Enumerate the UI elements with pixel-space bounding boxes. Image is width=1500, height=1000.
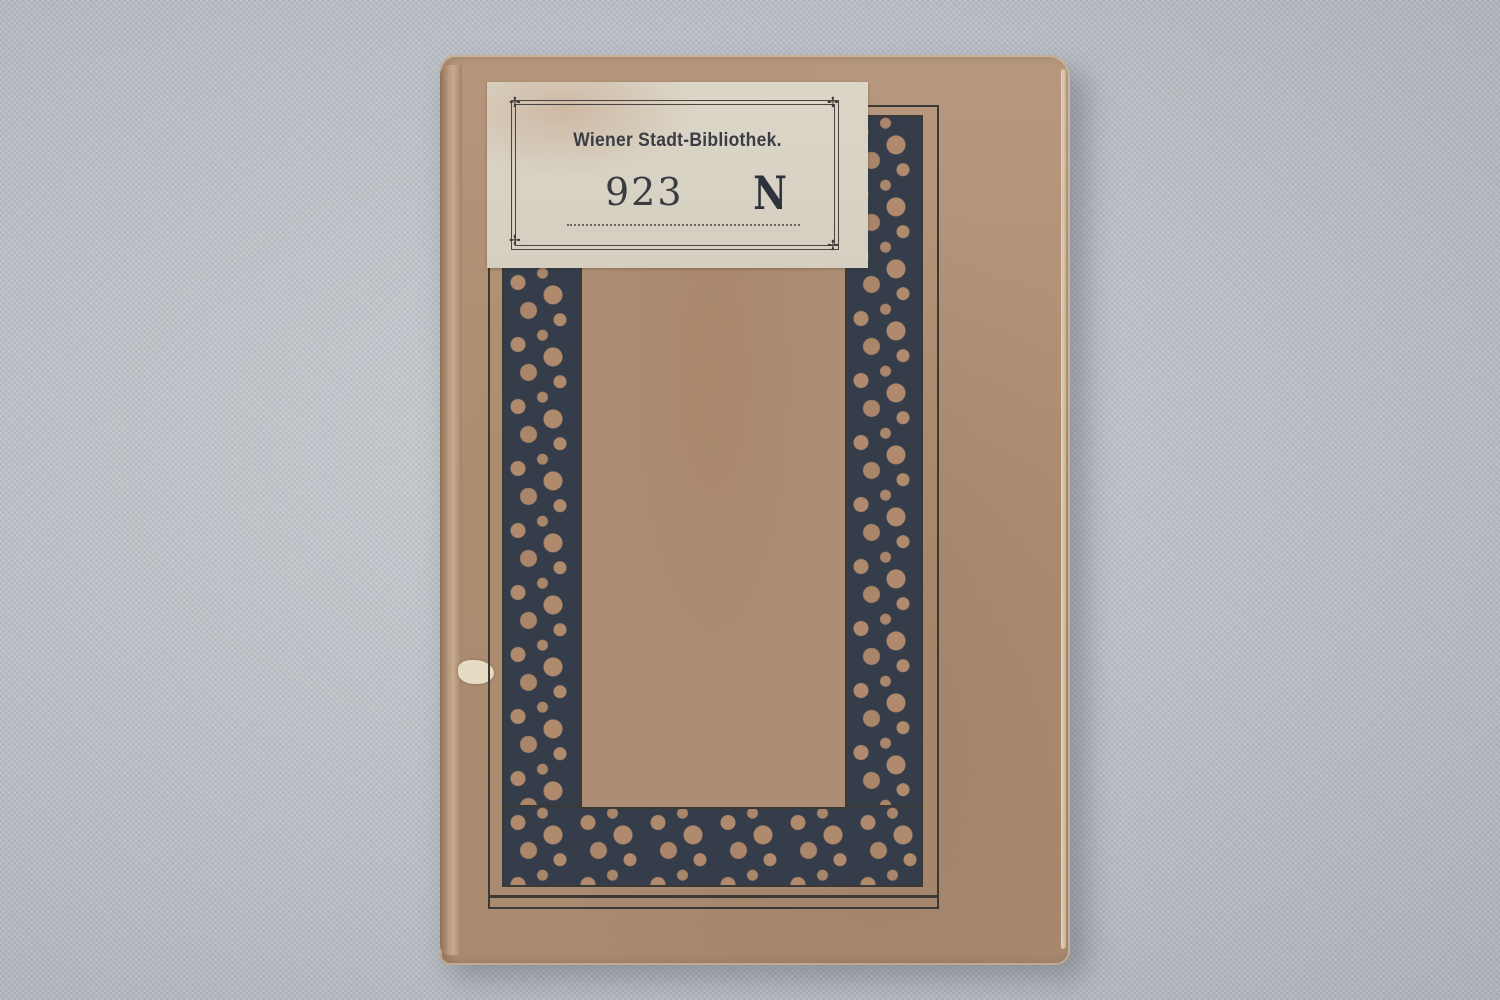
library-name: Wiener Stadt-Bibliothek. xyxy=(502,130,853,152)
floral-border-left xyxy=(502,265,582,884)
floral-border-bottom xyxy=(502,805,923,887)
cover-center-panel xyxy=(580,265,847,809)
cover-frame-rule xyxy=(488,895,937,898)
corner-ornament-icon: ✢ xyxy=(827,96,839,110)
corner-ornament-icon: ✢ xyxy=(509,96,521,110)
shelf-number: 923 xyxy=(605,170,684,214)
corner-ornament-icon: ✢ xyxy=(509,234,521,248)
library-label: ✢ ✢ ✢ ✢ Wiener Stadt-Bibliothek. 923 N xyxy=(487,82,868,268)
book-cover: ✢ ✢ ✢ ✢ Wiener Stadt-Bibliothek. 923 N xyxy=(440,55,1070,965)
corner-ornament-icon: ✢ xyxy=(827,239,839,253)
book-spine-edge xyxy=(440,65,462,955)
label-dotted-line xyxy=(567,224,800,226)
page-edge xyxy=(1061,69,1066,949)
shelf-letter: N xyxy=(753,166,787,220)
